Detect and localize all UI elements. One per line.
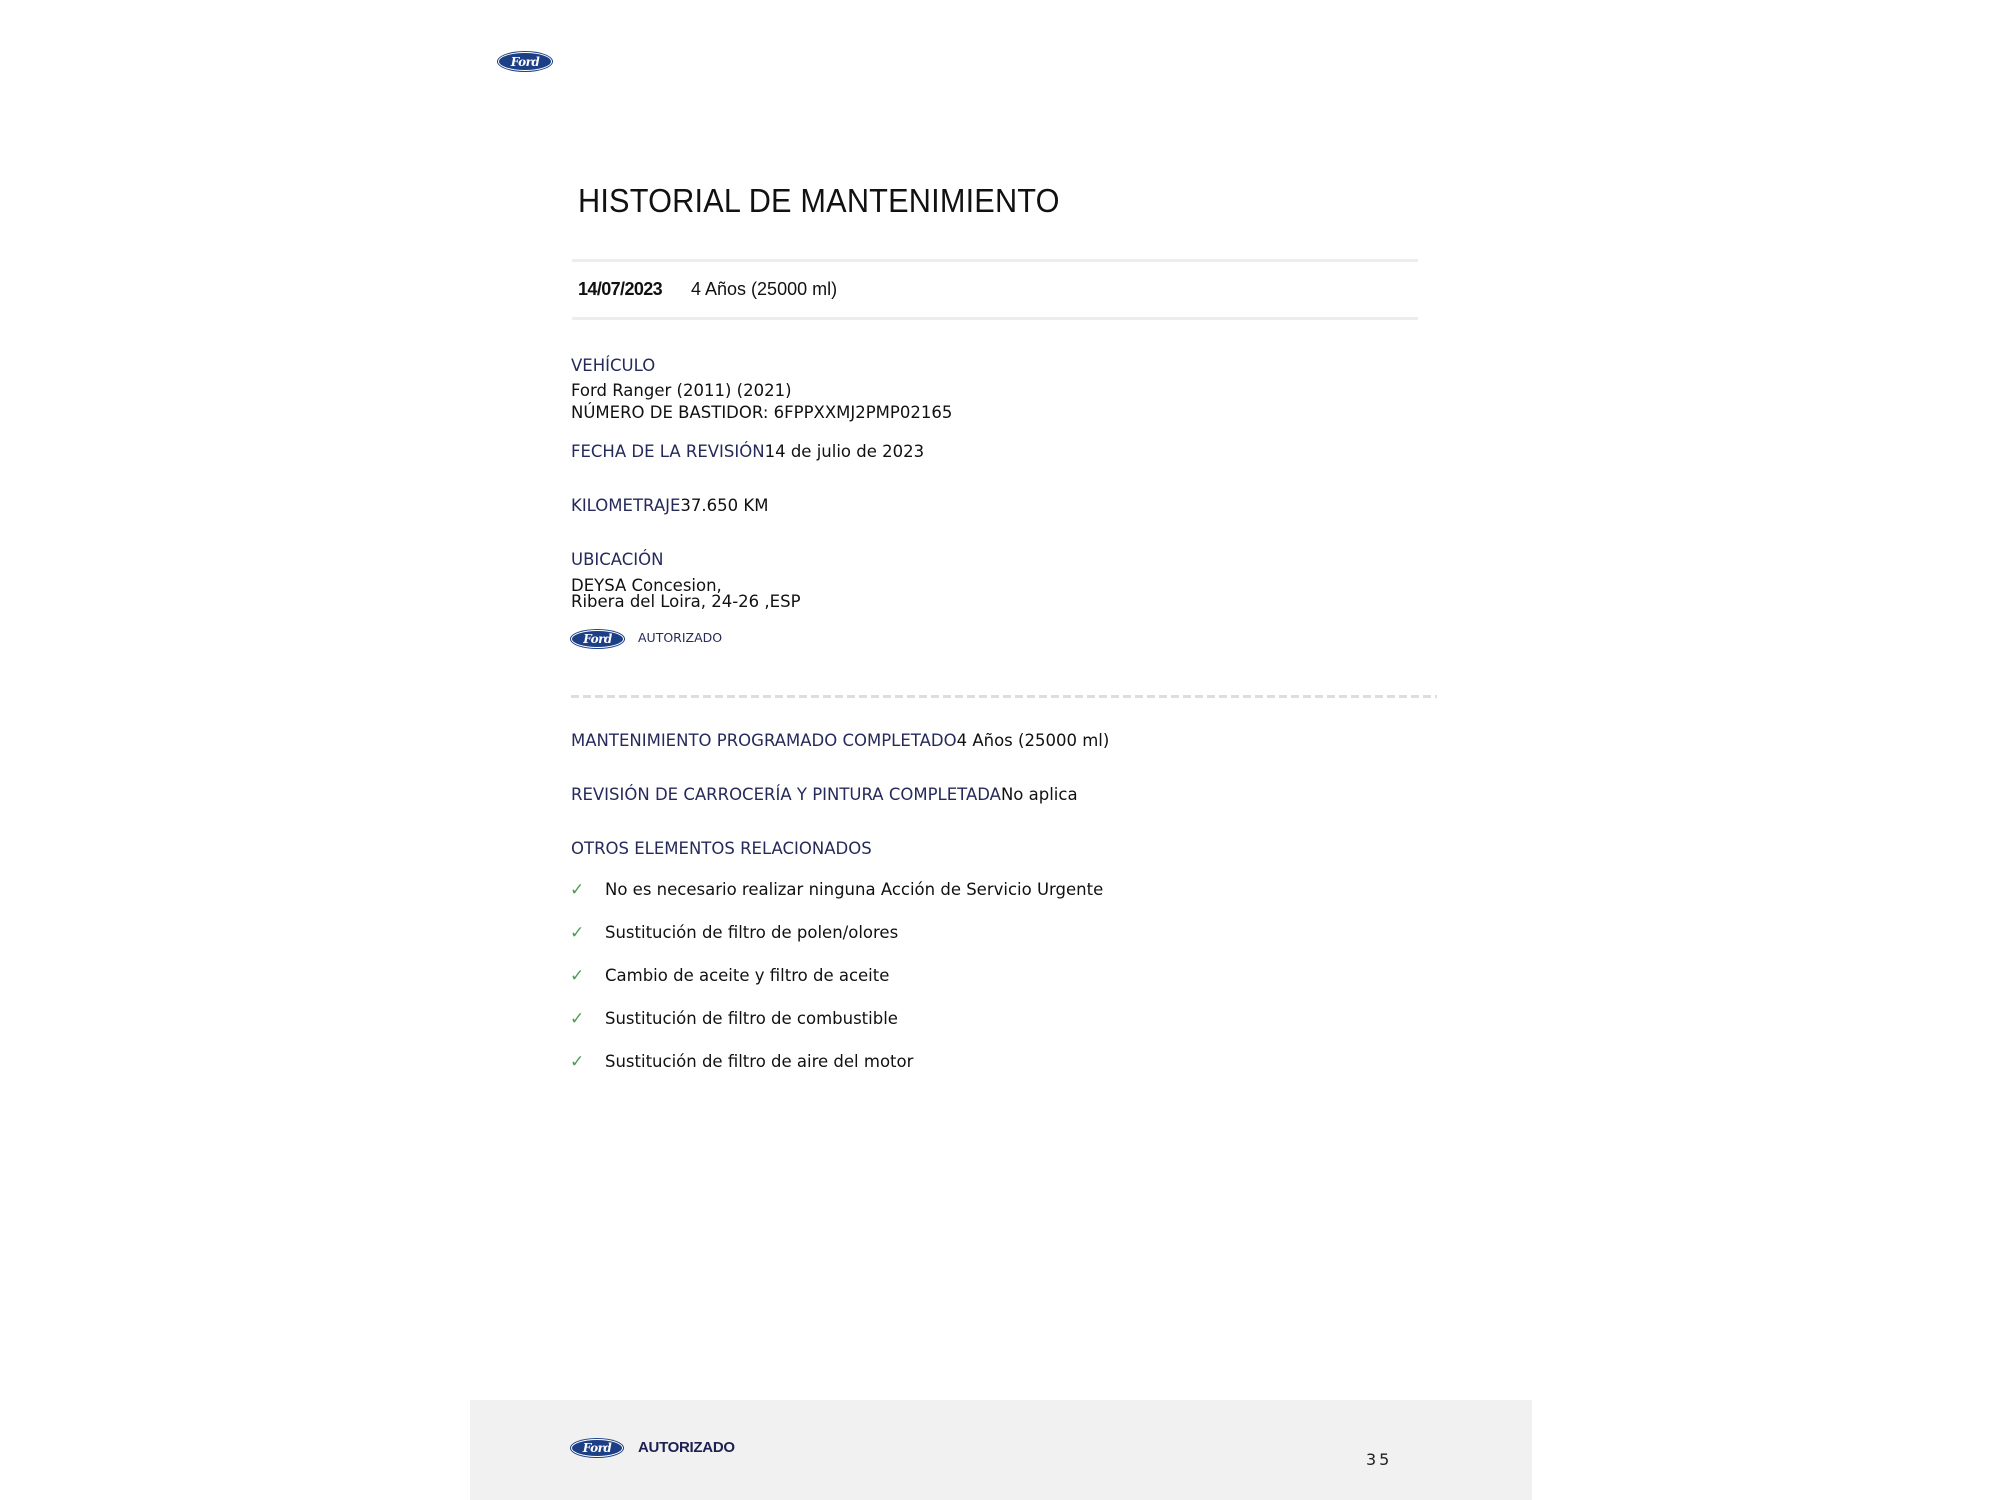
vehicle-model: Ford Ranger (2011) (2021) [571, 380, 792, 402]
other-items-label: OTROS ELEMENTOS RELACIONADOS [571, 838, 872, 860]
list-item-text: Sustitución de filtro de aire del motor [605, 1051, 913, 1073]
scheduled-label: MANTENIMIENTO PROGRAMADO COMPLETADO [571, 731, 957, 750]
check-icon: ✓ [570, 965, 605, 987]
list-item-text: Sustitución de filtro de polen/olores [605, 922, 898, 944]
divider-top [572, 259, 1418, 262]
list-item: ✓Sustitución de filtro de polen/olores [570, 922, 1103, 965]
list-item: ✓No es necesario realizar ninguna Acción… [570, 879, 1103, 922]
page-number: 35 [1366, 1450, 1392, 1469]
authorized-badge: AUTORIZADO [638, 630, 722, 645]
ford-logo: Ford [498, 52, 552, 71]
check-icon: ✓ [570, 879, 605, 901]
location-label: UBICACIÓN [571, 549, 664, 571]
ford-logo: Ford [571, 1439, 623, 1457]
service-date-label: FECHA DE LA REVISIÓN [571, 442, 765, 461]
bodywork-row: REVISIÓN DE CARROCERÍA Y PINTURA COMPLET… [571, 784, 1078, 806]
other-items-list: ✓No es necesario realizar ninguna Acción… [570, 879, 1103, 1094]
mileage-label: KILOMETRAJE [571, 496, 680, 515]
vehicle-label: VEHÍCULO [571, 355, 655, 377]
service-date-value: 14 de julio de 2023 [765, 442, 925, 461]
scheduled-value: 4 Años (25000 ml) [957, 731, 1110, 750]
check-icon: ✓ [570, 1051, 605, 1073]
service-interval: 4 Años (25000 ml) [691, 279, 837, 300]
list-item: ✓Sustitución de filtro de aire del motor [570, 1051, 1103, 1094]
scheduled-row: MANTENIMIENTO PROGRAMADO COMPLETADO4 Año… [571, 730, 1109, 752]
list-item: ✓Sustitución de filtro de combustible [570, 1008, 1103, 1051]
vehicle-vin: NÚMERO DE BASTIDOR: 6FPPXXMJ2PMP02165 [571, 402, 952, 424]
divider-bottom [572, 317, 1418, 320]
list-item-text: Cambio de aceite y filtro de aceite [605, 965, 889, 987]
ford-logo: Ford [571, 630, 624, 648]
location-line-2: Ribera del Loira, 24-26 ,ESP [571, 594, 801, 610]
check-icon: ✓ [570, 922, 605, 944]
service-date-short: 14/07/2023 [578, 279, 662, 300]
footer-authorized-badge: AUTORIZADO [638, 1439, 735, 1456]
list-item-text: No es necesario realizar ninguna Acción … [605, 879, 1103, 901]
mileage-value: 37.650 KM [680, 496, 768, 515]
list-item-text: Sustitución de filtro de combustible [605, 1008, 898, 1030]
service-date-row: FECHA DE LA REVISIÓN14 de julio de 2023 [571, 441, 924, 463]
check-icon: ✓ [570, 1008, 605, 1030]
dashed-divider [571, 695, 1437, 698]
page-title: HISTORIAL DE MANTENIMIENTO [578, 182, 1060, 220]
bodywork-label: REVISIÓN DE CARROCERÍA Y PINTURA COMPLET… [571, 785, 1001, 804]
list-item: ✓Cambio de aceite y filtro de aceite [570, 965, 1103, 1008]
mileage-row: KILOMETRAJE37.650 KM [571, 495, 768, 517]
bodywork-value: No aplica [1001, 785, 1078, 804]
